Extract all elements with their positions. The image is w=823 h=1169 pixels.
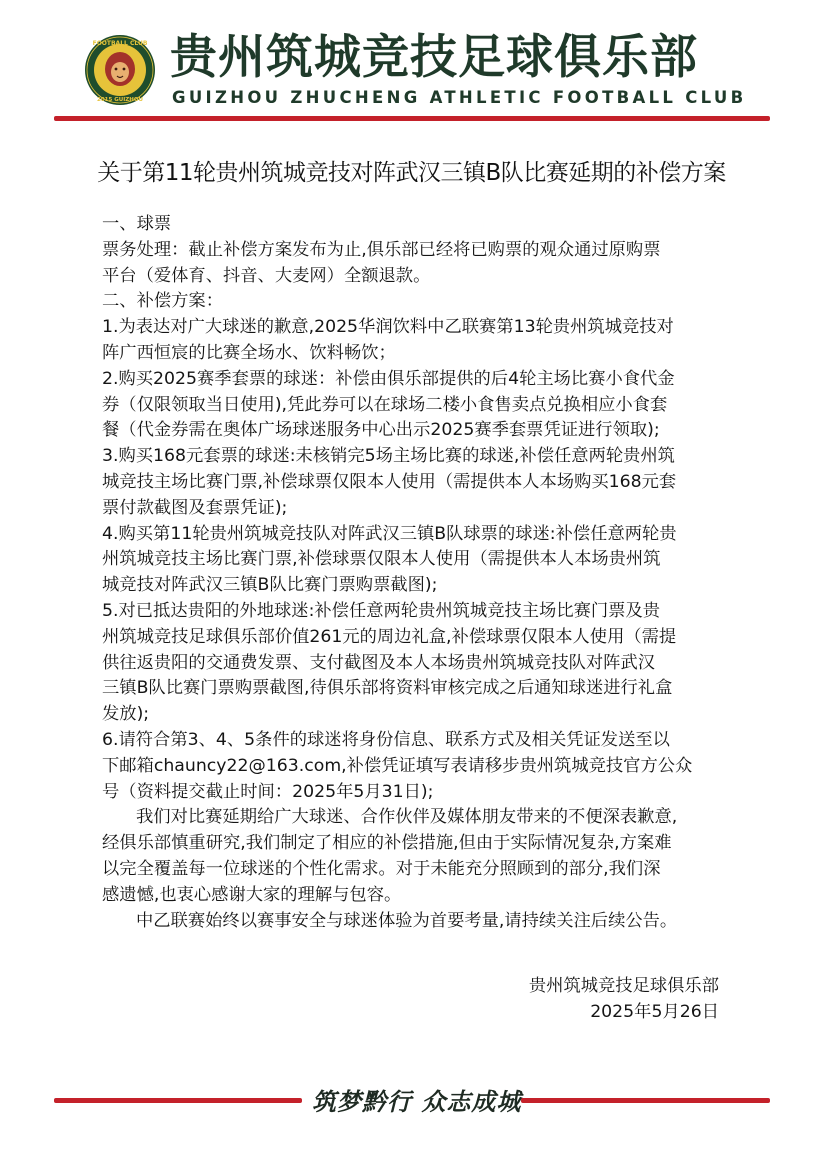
footer-divider-left <box>54 1098 302 1103</box>
body-line: 城竞技主场比赛门票,补偿球票仅限本人使用（需提供本人本场购买168元套 <box>102 470 732 496</box>
body-line: 三镇B队比赛门票购票截图,待俱乐部将资料审核完成之后通知球迷进行礼盒 <box>102 676 732 702</box>
logo-top-text: FOOTBALL CLUB <box>93 40 148 47</box>
body-line: 以完全覆盖每一位球迷的个性化需求。对于未能充分照顾到的部分,我们深 <box>102 857 732 883</box>
body-line: 票付款截图及套票凭证); <box>102 496 732 522</box>
body-line: 城竞技对阵武汉三镇B队比赛门票购票截图); <box>102 573 732 599</box>
club-name-chinese: 贵州筑城竞技足球俱乐部 <box>170 28 698 88</box>
list-item-3: 3.购买168元套票的球迷:未核销完5场主场比赛的球迷,补偿任意两轮贵州筑 <box>102 444 732 470</box>
signature-org: 贵州筑城竞技足球俱乐部 <box>529 973 719 999</box>
list-item-6: 6.请符合第3、4、5条件的球迷将身份信息、联系方式及相关凭证发送至以 <box>102 728 732 754</box>
footer-slogan: 筑梦黔行 众志成城 <box>312 1082 512 1117</box>
body-line: 经俱乐部慎重研究,我们制定了相应的补偿措施,但由于实际情况复杂,方案难 <box>102 831 732 857</box>
body-line: 发放); <box>102 702 732 728</box>
list-item-5: 5.对已抵达贵阳的外地球迷:补偿任意两轮贵州筑城竞技主场比赛门票及贵 <box>102 599 732 625</box>
document-body: 一、球票 票务处理：截止补偿方案发布为止,俱乐部已经将已购票的观众通过原购票 平… <box>102 212 732 934</box>
list-item-1: 1.为表达对广大球迷的歉意,2025华润饮料中乙联赛第13轮贵州筑城竞技对 <box>102 315 732 341</box>
header-divider <box>54 116 770 121</box>
closing-paragraph-2: 中乙联赛始终以赛事安全与球迷体验为首要考量,请持续关注后续公告。 <box>102 909 732 935</box>
club-name-english: GUIZHOU ZHUCHENG ATHLETIC FOOTBALL CLUB <box>172 88 746 107</box>
logo-bottom-text: 2015 GUIZHOU <box>97 97 143 103</box>
body-line-email: 下邮箱chauncy22@163.com,补偿凭证填写表请移步贵州筑城竞技官方公… <box>102 754 732 780</box>
body-line: 州筑城竞技足球俱乐部价值261元的周边礼盒,补偿球票仅限本人使用（需提 <box>102 625 732 651</box>
signature-date: 2025年5月26日 <box>529 999 719 1025</box>
body-line: 州筑城竞技主场比赛门票,补偿球票仅限本人使用（需提供本人本场贵州筑 <box>102 547 732 573</box>
body-line: 餐（代金券需在奥体广场球迷服务中心出示2025赛季套票凭证进行领取); <box>102 418 732 444</box>
section-heading-tickets: 一、球票 <box>102 212 732 238</box>
body-line: 感遗憾,也衷心感谢大家的理解与包容。 <box>102 883 732 909</box>
footer-divider-right <box>521 1098 770 1103</box>
section-heading-compensation: 二、补偿方案： <box>102 289 732 315</box>
body-line: 票务处理：截止补偿方案发布为止,俱乐部已经将已购票的观众通过原购票 <box>102 238 732 264</box>
body-line: 平台（爱体育、抖音、大麦网）全额退款。 <box>102 264 732 290</box>
letterhead: FOOTBALL CLUB 2015 GUIZHOU 贵州筑城竞技足球俱乐部 G… <box>0 0 823 130</box>
body-line: 号（资料提交截止时间：2025年5月31日); <box>102 780 732 806</box>
body-line: 供往返贵阳的交通费发票、支付截图及本人本场贵州筑城竞技队对阵武汉 <box>102 651 732 677</box>
body-line: 阵广西恒宸的比赛全场水、饮料畅饮； <box>102 341 732 367</box>
signature-block: 贵州筑城竞技足球俱乐部 2025年5月26日 <box>529 973 719 1025</box>
document-title: 关于第11轮贵州筑城竞技对阵武汉三镇B队比赛延期的补偿方案 <box>0 156 823 190</box>
list-item-2: 2.购买2025赛季套票的球迷：补偿由俱乐部提供的后4轮主场比赛小食代金 <box>102 367 732 393</box>
list-item-4: 4.购买第11轮贵州筑城竞技队对阵武汉三镇B队球票的球迷:补偿任意两轮贵 <box>102 522 732 548</box>
closing-paragraph-1: 我们对比赛延期给广大球迷、合作伙伴及媒体朋友带来的不便深表歉意, <box>102 805 732 831</box>
body-line: 券（仅限领取当日使用),凭此券可以在球场二楼小食售卖点兑换相应小食套 <box>102 393 732 419</box>
lion-crest-icon: FOOTBALL CLUB 2015 GUIZHOU <box>84 34 156 106</box>
